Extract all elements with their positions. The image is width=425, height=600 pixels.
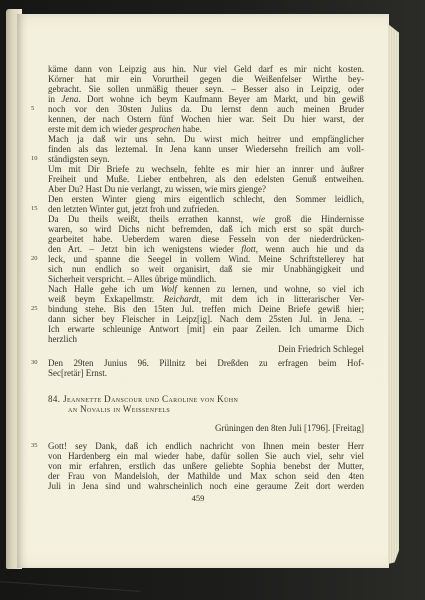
letter-line: herzlich <box>48 334 364 344</box>
letter-line: Grüningen den 8ten Juli [1796]. [Freitag… <box>48 423 364 433</box>
background-edge-line <box>0 581 140 592</box>
letter-line: von mir erfahren, erstlich das unßere ge… <box>48 461 364 471</box>
margin-line-number: 35 <box>31 442 44 450</box>
letter-line: weiß beym Exkapellmstr. Reichardt, mit d… <box>48 294 364 304</box>
letter-line: erste mit dem ich wieder gesprochen habe… <box>48 124 364 134</box>
margin-line-number: 5 <box>31 105 44 113</box>
letter-heading-line: 84. Jeannette Danscour und Caroline von … <box>48 394 364 404</box>
book-photo: käme dann von Leipzig aus hin. Nur viel … <box>0 0 425 600</box>
margin-line-number: 30 <box>31 359 44 367</box>
margin-line-number: 20 <box>31 255 44 263</box>
letter-line: der Frau von Mandelsloh, der Mathilde un… <box>48 471 364 481</box>
letter-line: Ich erwarte schleunige Antwort [mit] ein… <box>48 324 364 334</box>
letter-heading-line: an Novalis in Weissenfels <box>48 404 364 414</box>
letter-line: waren, so wird Dichs nicht befremden, da… <box>48 224 364 234</box>
letter-line: Körner hat mir ein Vorurtheil gegen die … <box>48 74 364 84</box>
letter-line: Nach Halle gehe ich um Wolf kennen zu le… <box>48 284 364 294</box>
letter-line: Sicherheit verspricht. – Alles übrige mü… <box>48 274 364 284</box>
letter-line: Freiheit und Muße. Lieber entbehren, als… <box>48 174 364 184</box>
letter-line: dann sicher bey Fleischer in Leipz[ig]. … <box>48 314 364 324</box>
letter-line: Um mit Dir Briefe zu wechseln, fehlte es… <box>48 164 364 174</box>
letter-line: gebracht. Sie sollen unmäßig theuer seyn… <box>48 84 364 94</box>
letter-line: kennen, der nach Ostern fünf Wochen hier… <box>48 114 364 124</box>
letter-line: Den ersten Winter gieng mirs eigentlich … <box>48 194 364 204</box>
margin-line-number: 25 <box>31 305 44 313</box>
letter-line: den Art. – Jetzt bin ich wenigstens wied… <box>48 244 364 254</box>
letter-line: 20leck, und spanne die Seegel in vollem … <box>48 254 364 264</box>
letter-line: Juli in Jena sind und wahrscheinlich noc… <box>48 481 364 491</box>
letter-line: sich nun endlich so weit organisirt, daß… <box>48 264 364 274</box>
margin-line-number: 10 <box>31 155 44 163</box>
letter-line: 30Den 29ten Junius 96. Pillnitz bei Dreß… <box>48 358 364 368</box>
letter-line: 35Gott! sey Dank, daß ich endlich nachri… <box>48 441 364 451</box>
letter-line: Dein Friedrich Schlegel <box>48 344 364 354</box>
letter-line: von Hardenberg ein mal wieder habe, dafü… <box>48 451 364 461</box>
letter-text: käme dann von Leipzig aus hin. Nur viel … <box>48 64 364 491</box>
letter-line: 25bindung stehe. Bis den 15ten Jul. tref… <box>48 304 364 314</box>
letter-line: Mach ja daß wir uns sehn. Du wirst mich … <box>48 134 364 144</box>
book-fore-edge <box>388 24 399 564</box>
margin-line-number: 15 <box>31 205 44 213</box>
letter-line: 5noch vor den 30sten Julius da. Du lerns… <box>48 104 364 114</box>
letter-line: Da Du theils weißt, theils errathen kann… <box>48 214 364 224</box>
letter-line: finden als das leztemal. In Jena kann un… <box>48 144 364 154</box>
letter-line: 15den letzten Winter gut, jetzt froh und… <box>48 204 364 214</box>
page-number: 459 <box>48 493 348 503</box>
letter-line: Sec[retär] Ernst. <box>48 368 364 378</box>
letter-line: 10ständigsten seyn. <box>48 154 364 164</box>
letter-line: gearbeitet habe. Ueberdem waren diese Fe… <box>48 234 364 244</box>
letter-line: käme dann von Leipzig aus hin. Nur viel … <box>48 64 364 74</box>
letter-line: in Jena. Dort wohne ich beym Kaufmann Be… <box>48 94 364 104</box>
letter-line: Aber Du? Hast Du nie verlangt, zu wissen… <box>48 184 364 194</box>
book-page: käme dann von Leipzig aus hin. Nur viel … <box>17 14 389 568</box>
